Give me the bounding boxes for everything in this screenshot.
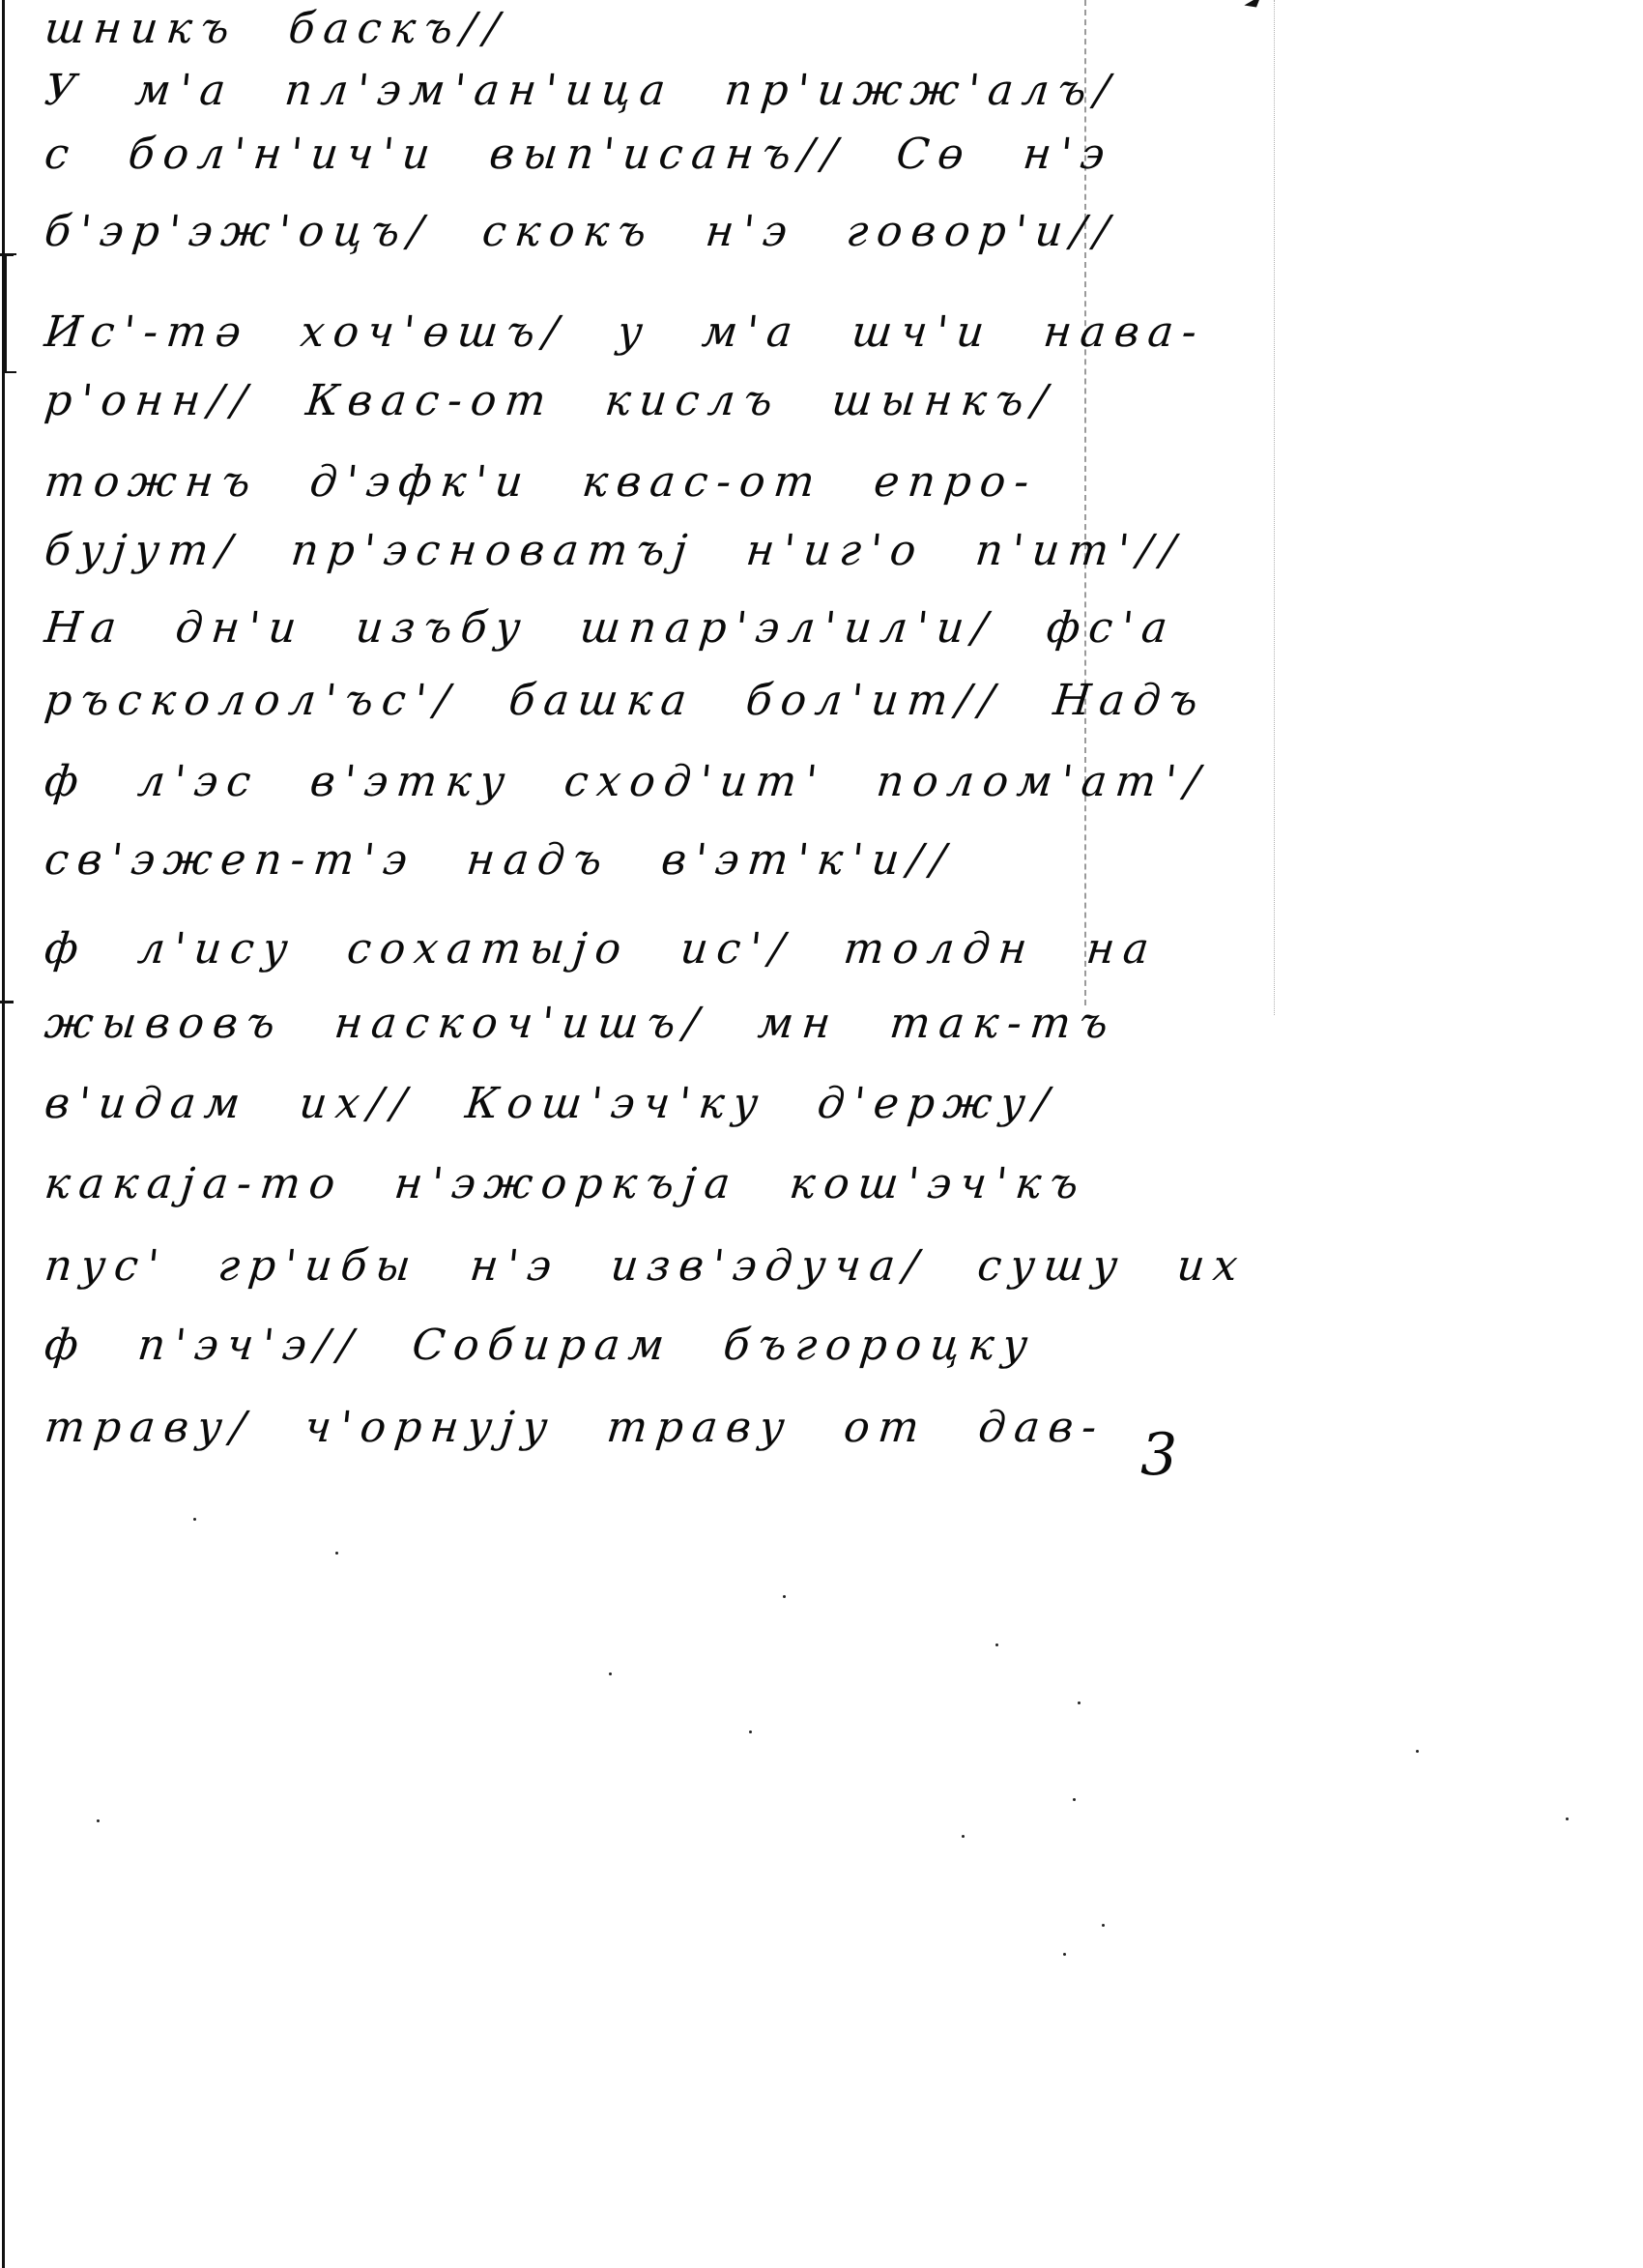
scan-speck [97, 1819, 100, 1822]
text-line-9: На дн'и изъбу шпар'эл'ил'и/ фс'а [43, 607, 1178, 650]
text-line-2: У м'а пл'эм'ан'ица пр'ижж'алъ/ [43, 70, 1120, 112]
scan-speck [193, 1518, 196, 1521]
sheet-edge-line [1274, 0, 1275, 1015]
scan-speck [1063, 1953, 1066, 1956]
scan-speck [995, 1643, 998, 1646]
text-line-12: св'эжеп-т'э надъ в'эт'к'и// [43, 839, 956, 882]
scan-speck [1073, 1798, 1076, 1801]
scan-speck [609, 1672, 612, 1675]
scan-speck [1102, 1924, 1105, 1927]
text-line-13: ф л'ису сохатыjо ис'/ толдн на [43, 928, 1160, 971]
scan-speck [962, 1835, 965, 1838]
text-line-15: в'идам их// Кош'эч'ку д'ержу/ [43, 1083, 1059, 1125]
page-number: 3 [1140, 1421, 1177, 1489]
scan-speck [335, 1552, 338, 1555]
scan-corner-mark [1244, 0, 1264, 12]
scan-speck [783, 1595, 786, 1598]
text-line-8: буjут/ пр'эсноватъj н'иг'о п'ит'// [43, 530, 1186, 572]
scan-speck [1416, 1750, 1419, 1753]
text-line-4: б'эр'эж'оцъ/ скокъ н'э говор'и// [43, 211, 1119, 253]
text-line-3: с бол'н'ич'и вып'исанъ// Сө н'э [43, 133, 1115, 176]
text-line-14: жывовъ наскоч'ишъ/ мн так-тъ [43, 1003, 1118, 1045]
text-line-19: траву/ ч'орнуjу траву от дав- [43, 1407, 1108, 1449]
scan-speck [1078, 1701, 1081, 1704]
text-line-16: какаjа-то н'эжоркъjа кош'эч'къ [43, 1163, 1089, 1206]
manuscript-page: шникъ баскъ// У м'а пл'эм'ан'ица пр'ижж'… [0, 0, 1643, 2268]
text-line-11: ф л'эс в'этку сход'ит' полом'ат'/ [43, 761, 1210, 803]
text-line-17: пус' гр'ибы н'э изв'эдуча/ сушу их [43, 1245, 1248, 1288]
text-line-5: Ис'-тә хоч'өшъ/ у м'а шч'и нава- [43, 311, 1207, 354]
text-line-1: шникъ баскъ// [43, 8, 509, 50]
margin-bracket [4, 253, 16, 373]
text-line-6: р'онн// Квас-от кислъ шынкъ/ [43, 380, 1057, 422]
text-line-18: ф п'эч'э// Собирам бъгороцку [43, 1324, 1038, 1367]
text-line-10: ръсколол'ъс'/ башка бол'ит// Надъ [43, 680, 1208, 722]
scan-speck [749, 1730, 752, 1733]
text-line-7: тожнъ д'эфк'и квас-от епро- [43, 461, 1040, 504]
margin-tick-mark [0, 1001, 14, 1003]
scan-speck [1566, 1817, 1569, 1820]
